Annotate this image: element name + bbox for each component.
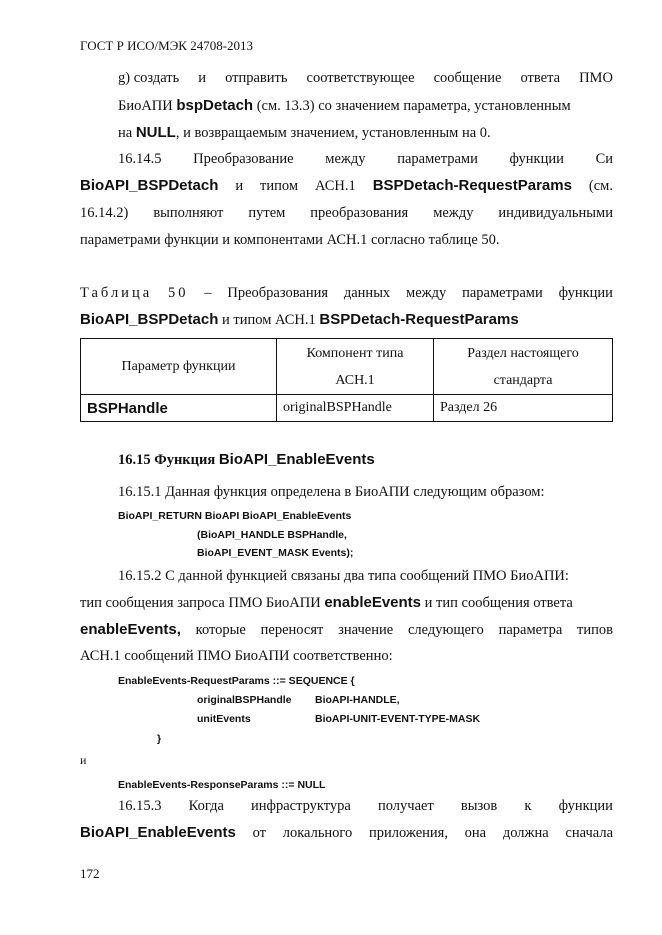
document-header: ГОСТ Р ИСО/МЭК 24708-2013 [80,38,253,54]
asn-field-type: BioAPI-UNIT-EVENT-TYPE-MASK [315,713,480,725]
page-number: 172 [80,866,100,882]
code-line-3: BioAPI_EVENT_MASK Events); [197,547,353,559]
table-row: BSPHandle originalBSPHandle Раздел 26 [81,395,613,422]
para-16-15-3-line1: 16.15.3Когдаинфраструктураполучаетвызовк… [118,798,613,815]
code-null: NULL [136,124,176,141]
para-16-14-5-line2: BioAPI_BSPDetachитипомАСН.1BSPDetach-Req… [80,177,613,195]
asn-close-brace: } [157,733,161,745]
code-bspDetach: bspDetach [176,97,253,114]
code-line-2: (BioAPI_HANDLE BSPHandle, [197,529,347,541]
para-16-14-5-line3: 16.14.2)выполняютпутемпреобразованиямежд… [80,205,613,222]
header-cell-parameter: Параметр функции [81,339,277,395]
para-16-15-2-line1: 16.15.2 С данной функцией связаны два ти… [118,568,569,585]
para-g-line1: g) создатьиотправитьсоответствующеесообщ… [118,70,613,87]
para-16-15-2-line4: АСН.1 сообщений ПМО БиоАПИ соответственн… [80,648,393,665]
cell-section: Раздел 26 [434,395,613,422]
asn-field-name: originalBSPHandle [197,694,292,706]
table-header-row: Параметр функции Компонент типаАСН.1 Раз… [81,339,613,395]
para-16-15-2-line3: enableEvents,которыепереносятзначениесле… [80,621,613,639]
para-16-14-5-line4: параметрами функции и компонентами АСН.1… [80,232,500,249]
para-g-line2: БиоАПИ bspDetach (см. 13.3) со значением… [118,97,571,115]
asn-request-head: EnableEvents-RequestParams ::= SEQUENCE … [118,675,355,687]
para-g-line3: на NULL, и возвращаемым значением, устан… [118,124,491,142]
asn-field-name: unitEvents [197,713,251,725]
conjunction-and: и [80,753,86,768]
para-16-15-3-line2: BioAPI_EnableEventsотлокальногоприложени… [80,824,613,842]
section-heading-16-15: 16.15 Функция BioAPI_EnableEvents [118,451,375,469]
header-cell-component: Компонент типаАСН.1 [277,339,434,395]
code-line-1: BioAPI_RETURN BioAPI BioAPI_EnableEvents [118,510,351,522]
para-16-15-2-line2: тип сообщения запроса ПМО БиоАПИ enableE… [80,594,573,612]
header-cell-section: Раздел настоящегостандарта [434,339,613,395]
para-16-15-1: 16.15.1 Данная функция определена в БиоА… [118,484,545,501]
para-16-14-5-line1: 16.14.5Преобразованиемеждупараметрамифун… [118,151,613,168]
asn-response: EnableEvents-ResponseParams ::= NULL [118,779,325,791]
mapping-table: Параметр функции Компонент типаАСН.1 Раз… [80,338,613,422]
cell-parameter: BSPHandle [81,395,277,422]
cell-component: originalBSPHandle [277,395,434,422]
asn-field-type: BioAPI-HANDLE, [315,694,400,706]
table-caption-line2: BioAPI_BSPDetach и типом АСН.1 BSPDetach… [80,311,519,329]
table-caption-line1: Таблица50–Преобразованияданныхмеждупарам… [80,285,613,302]
